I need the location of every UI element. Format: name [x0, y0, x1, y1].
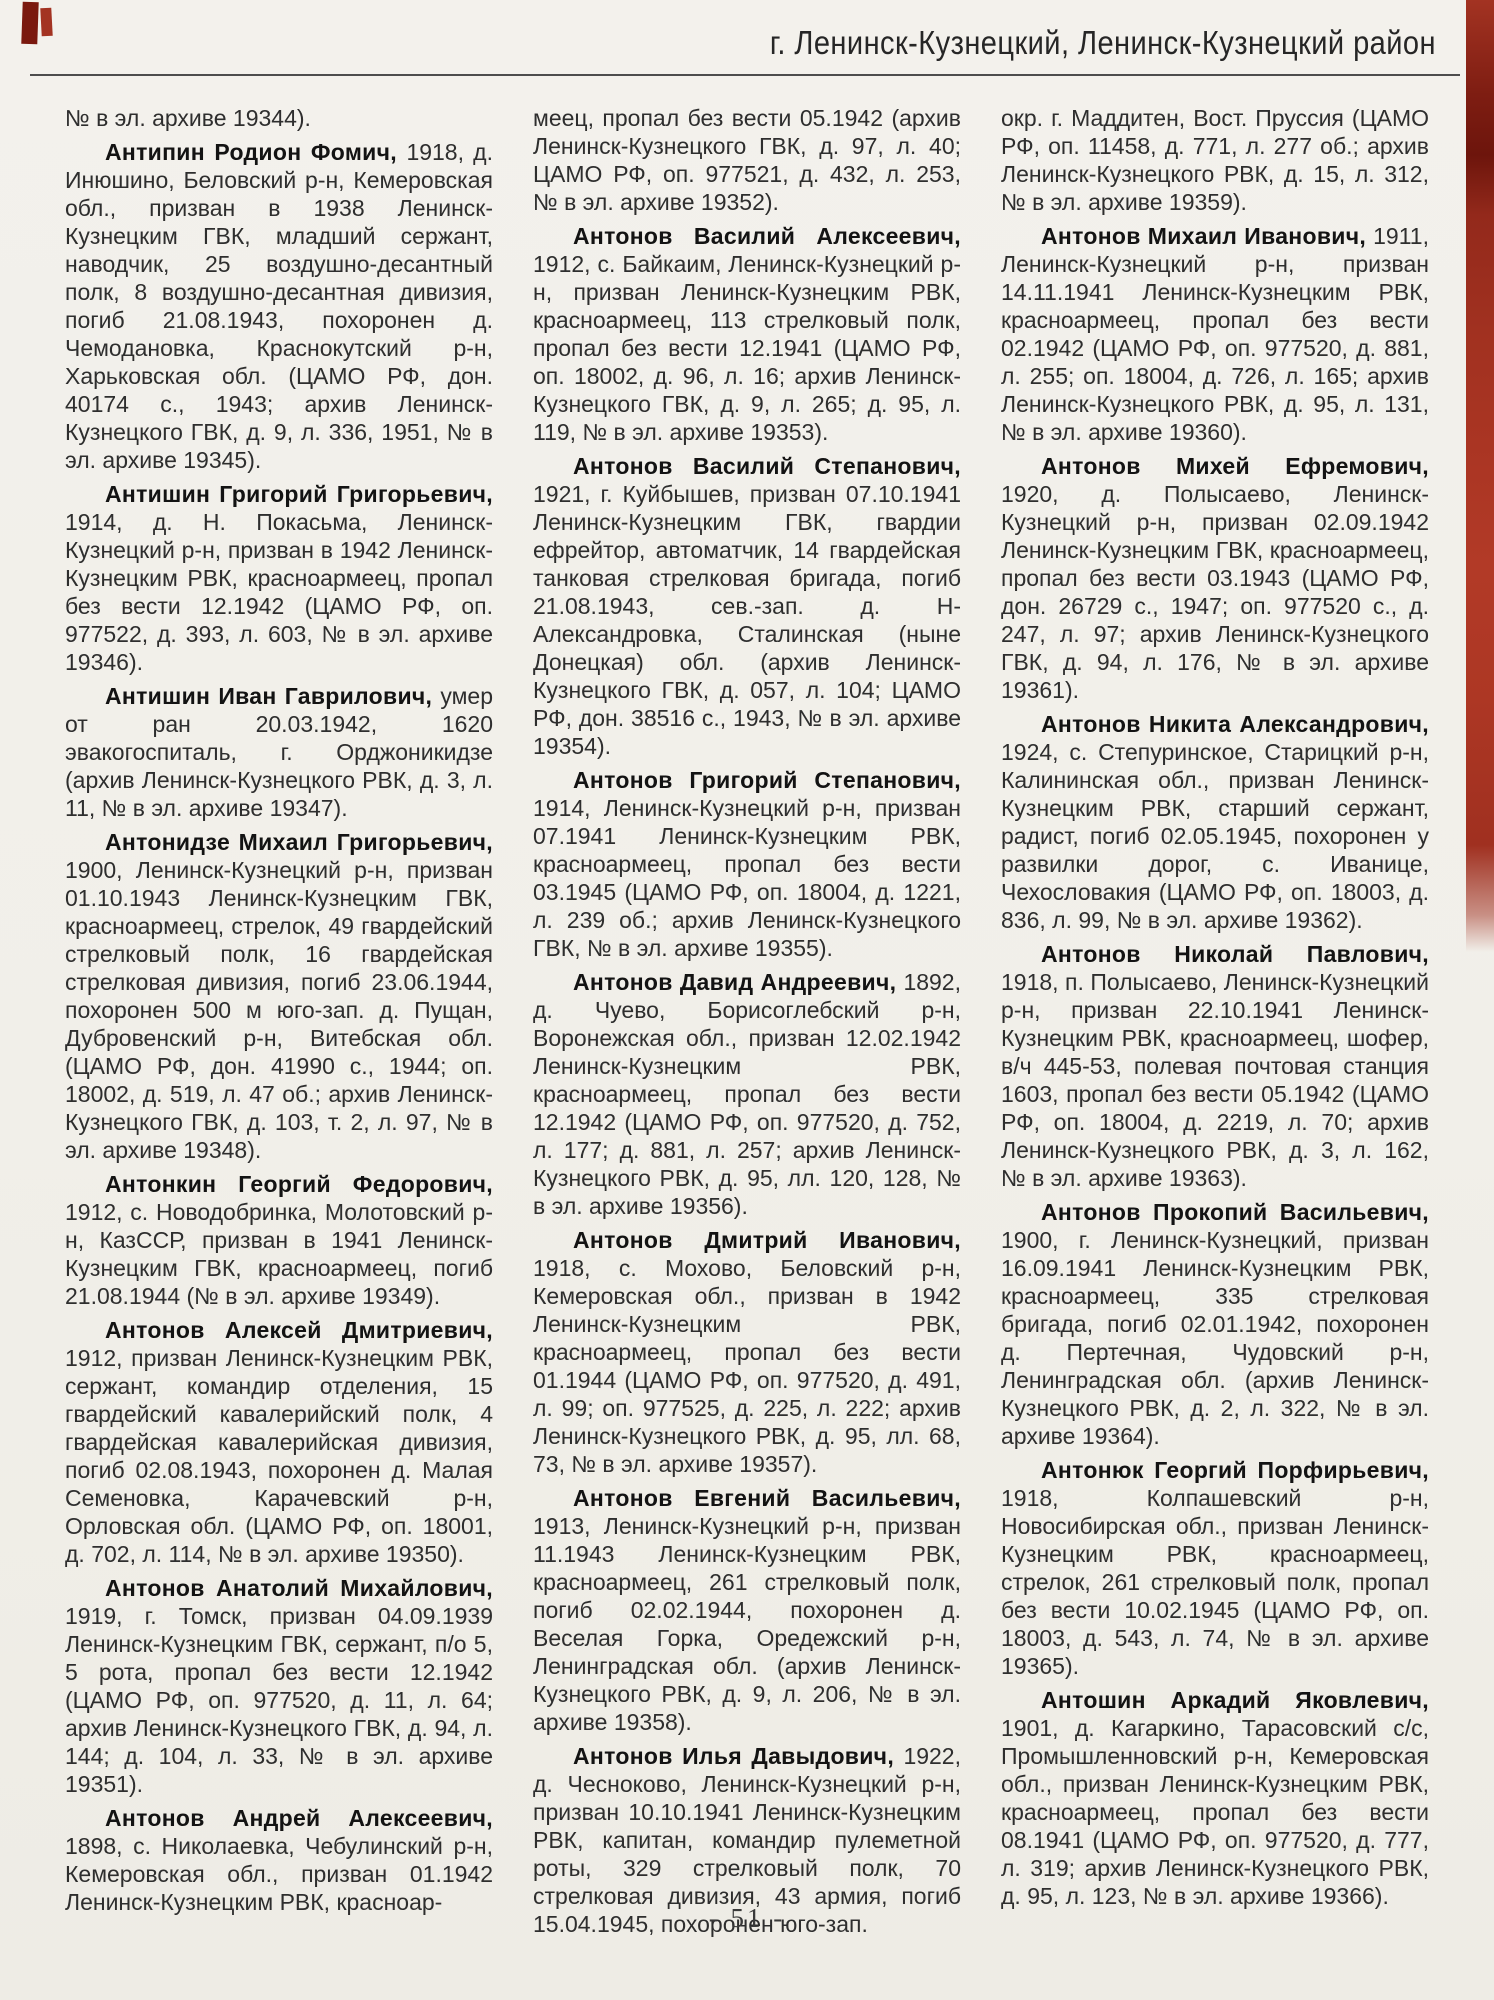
entry-person-name: Антонов Михей Ефремович, — [1041, 453, 1429, 479]
memorial-entry: Антонов Михей Ефремович, 1920, д. Полыса… — [1001, 452, 1429, 704]
entry-person-name: Антонов Дмитрий Иванович, — [573, 1227, 961, 1253]
red-ink-mark — [21, 2, 38, 45]
text-column-left: № в эл. архиве 19344).Антипин Родион Фом… — [65, 104, 493, 1938]
memorial-entry-continuation: окр. г. Маддитен, Вост. Пруссия (ЦАМО РФ… — [1001, 104, 1429, 216]
memorial-entry: Антонов Евгений Васильевич, 1913, Ленинс… — [533, 1484, 961, 1736]
page-number: - 51 - — [0, 1903, 1494, 1934]
memorial-entry: Антонов Дмитрий Иванович, 1918, с. Мохов… — [533, 1226, 961, 1478]
memorial-entry-continuation: меец, пропал без вести 05.1942 (архив Ле… — [533, 104, 961, 216]
memorial-entry: Антонов Никита Александрович, 1924, с. С… — [1001, 710, 1429, 934]
entry-person-name: Антонюк Георгий Порфирьевич, — [1041, 1457, 1429, 1483]
entry-person-name: Антишин Иван Гаврилович, — [105, 683, 440, 709]
entry-person-name: Антонов Алексей Дмитриевич, — [105, 1317, 493, 1343]
entry-person-name: Антонов Василий Алексеевич, — [573, 223, 961, 249]
memorial-entry: Антонов Анатолий Михайлович, 1919, г. То… — [65, 1574, 493, 1798]
entry-person-name: Антонов Прокопий Васильевич, — [1041, 1199, 1429, 1225]
text-column-middle: меец, пропал без вести 05.1942 (архив Ле… — [533, 104, 961, 1938]
entry-person-name: Антонкин Георгий Федорович, — [105, 1171, 493, 1197]
memorial-entry: Антонов Николай Павлович, 1918, п. Полыс… — [1001, 940, 1429, 1192]
memorial-entry: Антонов Михаил Иванович, 1911, Ленинск-К… — [1001, 222, 1429, 446]
memorial-entry: Антонов Василий Степанович, 1921, г. Куй… — [533, 452, 961, 760]
memorial-entry: Антишин Иван Гаврилович, умер от ран 20.… — [65, 682, 493, 822]
memorial-entry: Антонюк Георгий Порфирьевич, 1918, Колпа… — [1001, 1456, 1429, 1680]
entry-person-name: Антонидзе Михаил Григорьевич, — [105, 829, 493, 855]
entry-person-name: Антонов Михаил Иванович, — [1041, 223, 1373, 249]
entry-person-name: Антошин Аркадий Яковлевич, — [1041, 1687, 1429, 1713]
text-column-right: окр. г. Маддитен, Вост. Пруссия (ЦАМО РФ… — [1001, 104, 1429, 1938]
memorial-entry: Антипин Родион Фомич, 1918, д. Инюшино, … — [65, 138, 493, 474]
memorial-entry: Антонов Алексей Дмитриевич, 1912, призва… — [65, 1316, 493, 1568]
entry-person-name: Антонов Николай Павлович, — [1041, 941, 1429, 967]
memorial-entry: Антошин Аркадий Яковлевич, 1901, д. Кага… — [1001, 1686, 1429, 1910]
header-rule — [30, 74, 1460, 76]
red-ink-mark — [40, 8, 52, 37]
memorial-entry: Антонов Андрей Алексеевич, 1898, с. Нико… — [65, 1804, 493, 1916]
entry-person-name: Антонов Никита Александрович, — [1041, 711, 1429, 737]
memorial-entry: Антонов Давид Андреевич, 1892, д. Чуево,… — [533, 968, 961, 1220]
entry-person-name: Антонов Евгений Васильевич, — [573, 1485, 961, 1511]
memorial-entry: Антонов Василий Алексеевич, 1912, с. Бай… — [533, 222, 961, 446]
entry-person-name: Антонов Давид Андреевич, — [573, 969, 903, 995]
entry-person-name: Антонов Илья Давыдович, — [573, 1743, 903, 1769]
memorial-entry: Антишин Григорий Григорьевич, 1914, д. Н… — [65, 480, 493, 676]
memorial-entry: Антонидзе Михаил Григорьевич, 1900, Лени… — [65, 828, 493, 1164]
entry-person-name: Антипин Родион Фомич, — [105, 139, 406, 165]
entry-person-name: Антишин Григорий Григорьевич, — [105, 481, 493, 507]
memorial-entry: Антонов Григорий Степанович, 1914, Ленин… — [533, 766, 961, 962]
memorial-entry-continuation: № в эл. архиве 19344). — [65, 104, 493, 132]
memorial-entry: Антонов Прокопий Васильевич, 1900, г. Ле… — [1001, 1198, 1429, 1450]
red-edge-bleed-strip — [1466, 0, 1494, 952]
entry-person-name: Антонов Анатолий Михайлович, — [105, 1575, 493, 1601]
memorial-entry: Антонкин Георгий Федорович, 1912, с. Нов… — [65, 1170, 493, 1310]
entry-person-name: Антонов Григорий Степанович, — [573, 767, 961, 793]
memorial-text-columns: № в эл. архиве 19344).Антипин Родион Фом… — [65, 104, 1437, 1938]
entry-person-name: Антонов Василий Степанович, — [573, 453, 961, 479]
entry-person-name: Антонов Андрей Алексеевич, — [105, 1805, 493, 1831]
page-header: г. Ленинск-Кузнецкий, Ленинск-Кузнецкий … — [770, 24, 1436, 62]
